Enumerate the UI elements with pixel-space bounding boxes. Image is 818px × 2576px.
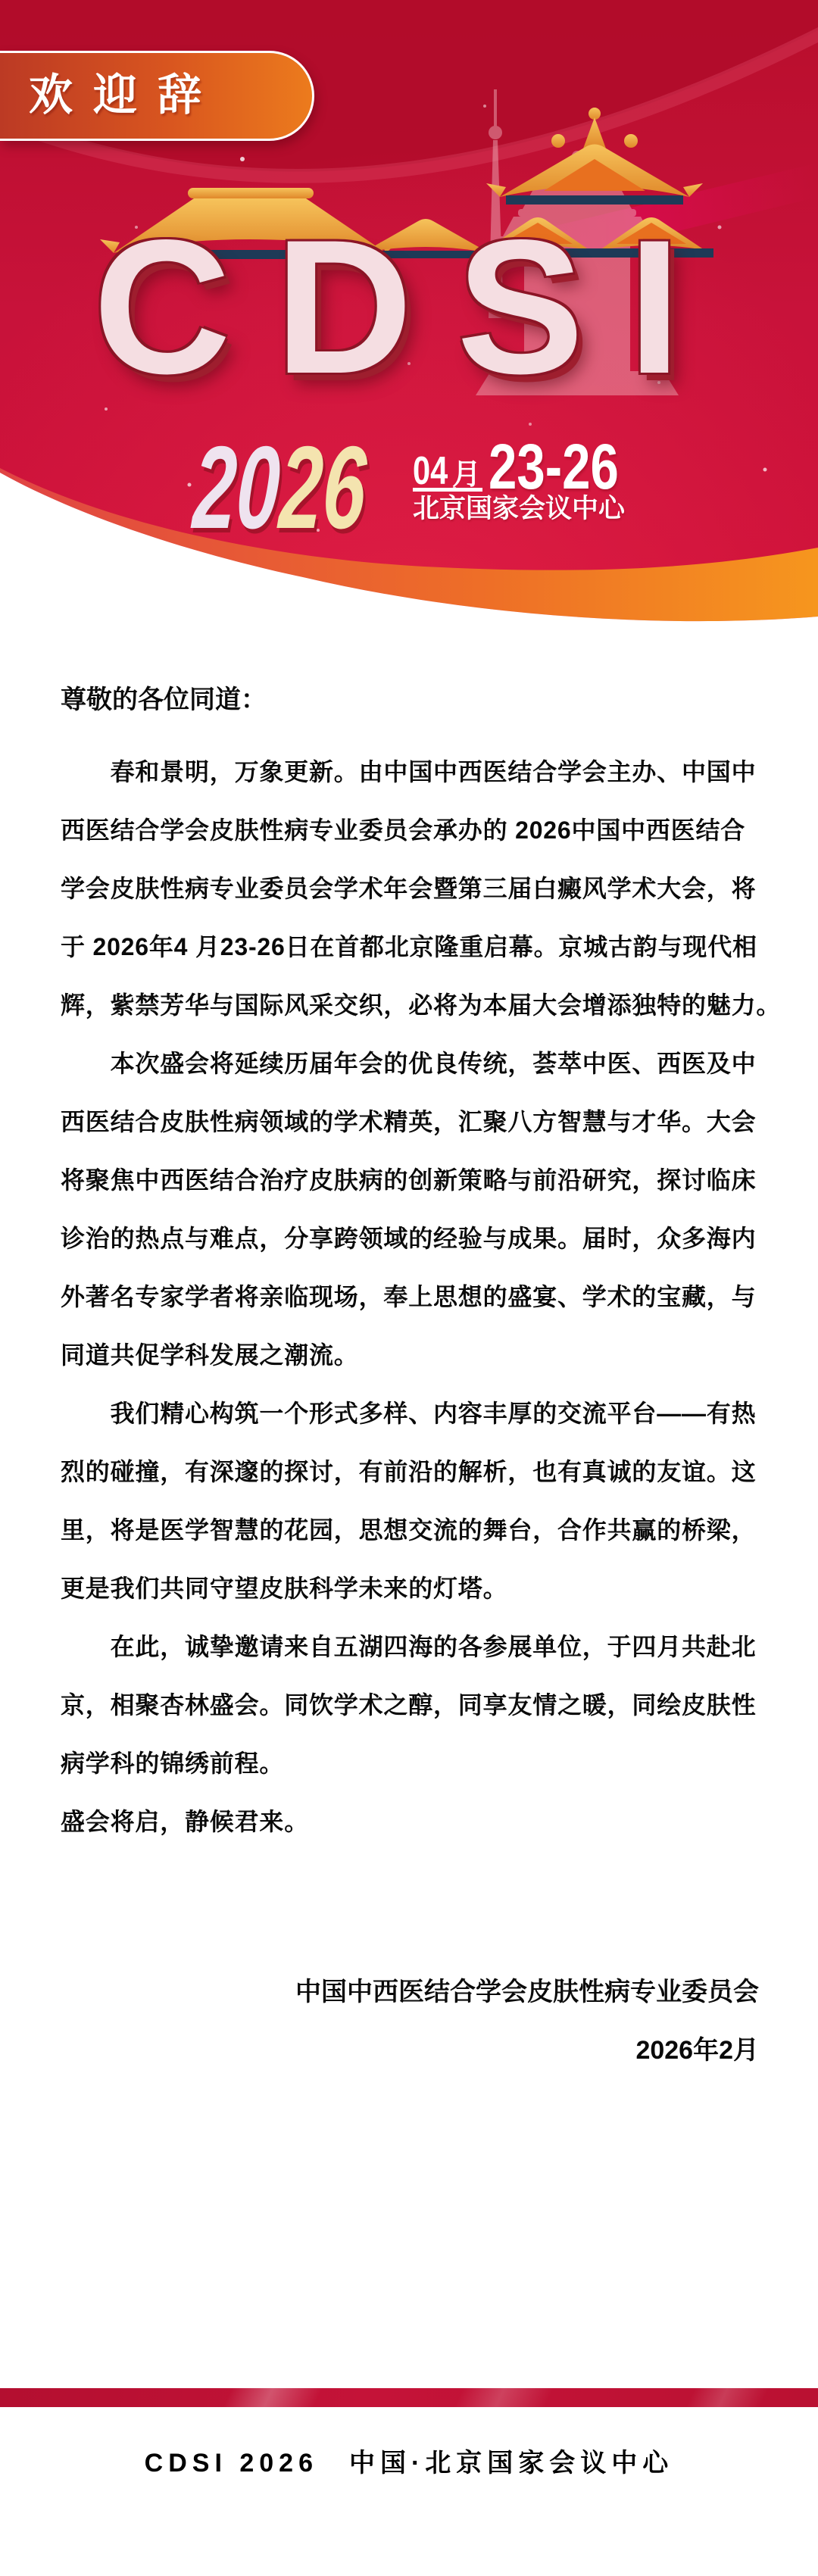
letter-line: 盛会将启，静候君来。 (61, 1793, 759, 1851)
signature-block: 中国中西医结合学会皮肤性病专业委员会 2026年2月 (61, 1963, 759, 2080)
letter-line: 西医结合学会皮肤性病专业委员会承办的 2026中国中西医结合 (61, 801, 759, 860)
letter-line: 春和景明，万象更新。由中国中西医结合学会主办、中国中 (61, 743, 759, 801)
letter-line: 学会皮肤性病专业委员会学术年会暨第三届白癜风学术大会，将 (61, 860, 759, 918)
letter-line: 同道共促学科发展之潮流。 (61, 1326, 759, 1385)
letter-line: 病学科的锦绣前程。 (61, 1735, 759, 1793)
letter-line: 京，相聚杏林盛会。同饮学术之醇，同享友情之暖，同绘皮肤性 (61, 1676, 759, 1735)
letter-line: 里，将是医学智慧的花园，思想交流的舞台，合作共赢的桥梁， (61, 1501, 759, 1560)
cdsi-logo: CDSI (0, 212, 818, 403)
footer-caption: CDSI 2026 中国·北京国家会议中心 (0, 2442, 818, 2576)
month-row: 04 月 (413, 451, 481, 491)
letter-line: 西医结合皮肤性病领域的学术精英，汇聚八方智慧与才华。大会 (61, 1093, 759, 1151)
letter-line: 辉，紫禁芳华与国际风采交织，必将为本届大会增添独特的魅力。 (61, 976, 759, 1035)
letter-line: 诊治的热点与难点，分享跨领域的经验与成果。届时，众多海内 (61, 1210, 759, 1268)
footer-red-band (0, 2388, 818, 2407)
letter-line: 烈的碰撞，有深邃的探讨，有前沿的解析，也有真诚的友谊。这 (61, 1443, 759, 1501)
letter-line: 外著名专家学者将亲临现场，奉上思想的盛宴、学术的宝藏，与 (61, 1268, 759, 1326)
year-last-digits: 26 (276, 422, 369, 553)
day-range: 23-26 (489, 435, 619, 498)
month-underline (413, 488, 482, 492)
letter-body: 春和景明，万象更新。由中国中西医结合学会主办、中国中西医结合学会皮肤性病专业委员… (61, 743, 759, 1851)
welcome-badge-label: 欢迎辞 (0, 53, 312, 137)
letter-line: 将聚焦中西医结合治疗皮肤病的创新策略与前沿研究，探讨临床 (61, 1151, 759, 1210)
welcome-badge: 欢迎辞 (0, 51, 314, 141)
month-unit: 月 (452, 461, 481, 491)
letter-line: 于 2026年4 月23-26日在首都北京隆重启幕。京城古韵与现代相 (61, 918, 759, 976)
page-footer: CDSI 2026 中国·北京国家会议中心 (0, 2388, 818, 2576)
month-number: 04 (413, 451, 448, 491)
letter-line: 本次盛会将延续历届年会的优良传统，荟萃中医、西医及中 (61, 1035, 759, 1093)
hero-banner: 欢迎辞 CDSI 2026 04 月 23-26 北京国家会议中心 (0, 0, 818, 629)
signature-date: 2026年2月 (61, 2022, 759, 2080)
letter-section: 尊敬的各位同道： 春和景明，万象更新。由中国中西医结合学会主办、中国中西医结合学… (0, 629, 818, 2080)
letter-line: 更是我们共同守望皮肤科学未来的灯塔。 (61, 1560, 759, 1618)
salutation: 尊敬的各位同道： (61, 671, 759, 729)
year-first-digits: 20 (191, 422, 283, 553)
letter-line: 在此，诚挚邀请来自五湖四海的各参展单位，于四月共赴北 (61, 1618, 759, 1676)
signature-org: 中国中西医结合学会皮肤性病专业委员会 (61, 1963, 759, 2022)
welcome-letter-page: 欢迎辞 CDSI 2026 04 月 23-26 北京国家会议中心 尊敬的各位同… (0, 0, 818, 2576)
year-2026: 2026 (191, 429, 369, 546)
venue-name: 北京国家会议中心 (413, 494, 625, 524)
letter-line: 我们精心构筑一个形式多样、内容丰厚的交流平台——有热 (61, 1385, 759, 1443)
